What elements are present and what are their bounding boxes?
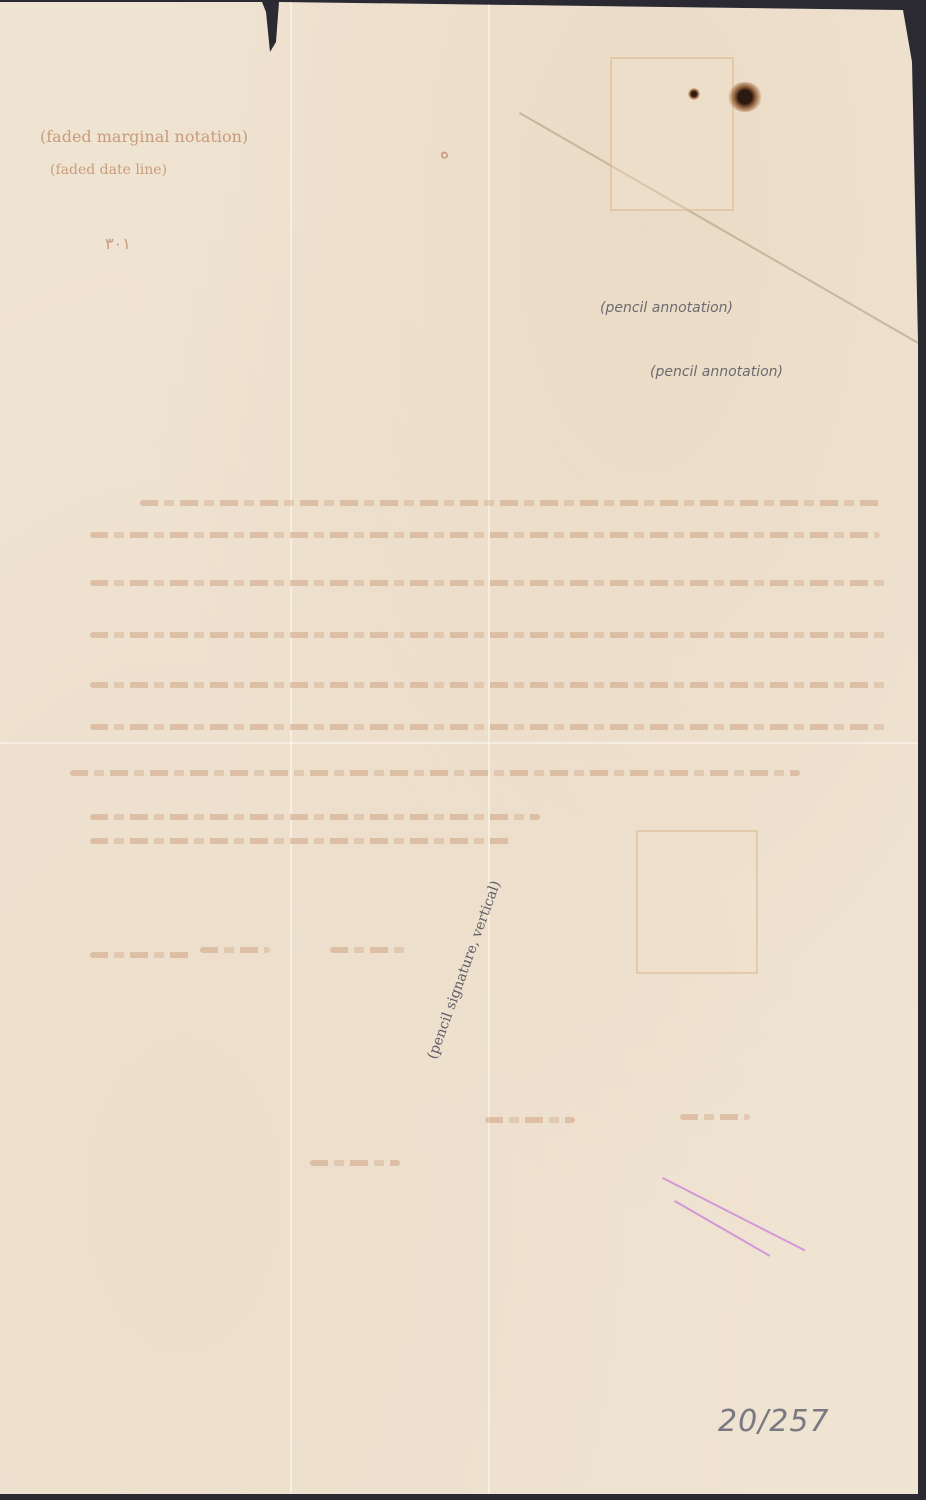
body-text-line <box>90 814 540 820</box>
signature-block <box>330 947 410 953</box>
fold-line-vertical <box>488 2 490 1494</box>
body-text-line <box>70 770 800 776</box>
signature-block <box>485 1117 575 1123</box>
signature-block <box>310 1160 400 1166</box>
margin-note-line: (faded marginal notation) <box>40 127 248 146</box>
fold-line-horizontal <box>0 742 918 744</box>
signature-block <box>90 952 190 958</box>
top-mark: ه <box>440 142 449 163</box>
body-text-line <box>90 532 880 538</box>
fold-line-vertical <box>290 2 292 1494</box>
body-text-line <box>90 838 510 844</box>
burn-spot <box>688 88 700 100</box>
margin-number: ٣٠١ <box>105 234 131 253</box>
pencil-signature: (pencil signature, vertical) <box>425 879 505 1062</box>
body-text-line <box>90 632 890 638</box>
signature-block <box>680 1114 750 1120</box>
body-text-line <box>90 682 890 688</box>
margin-note-line: (faded date line) <box>50 162 167 178</box>
signature-block <box>200 947 270 953</box>
burn-hole <box>728 82 762 112</box>
body-text-line <box>140 500 880 506</box>
body-text-line <box>90 580 890 586</box>
pencil-heading-line: (pencil annotation) <box>650 364 783 380</box>
archive-number: 20/257 <box>718 1404 830 1439</box>
body-text-line <box>90 724 890 730</box>
purple-stamp-mark <box>662 1177 805 1251</box>
stamp-stain-top <box>610 57 734 211</box>
stamp-stain-lower <box>636 830 758 974</box>
manuscript-page: (faded marginal notation) (faded date li… <box>0 2 918 1494</box>
pencil-heading-line: (pencil annotation) <box>600 300 733 316</box>
